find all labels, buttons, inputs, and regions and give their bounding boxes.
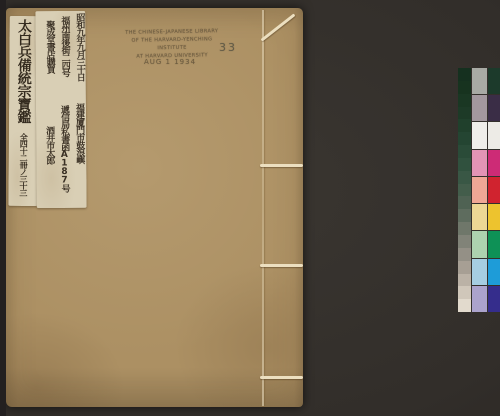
accession-number-stamp: 33 [219,41,237,54]
binding-thread-upper [260,164,303,167]
gradient-step [458,68,471,81]
gradient-step [458,171,471,184]
gradient-step [458,235,471,248]
gradient-step [458,158,471,171]
book-title-calligraphy: 太白兵備統宗寶鑑 [16,19,31,123]
gradient-step [458,299,471,312]
annotation-slip: 昭和九年九月三十日 福州南後街二四号 聚成堂書店購買 福建廈門市鼓浪嶼 遞信局私… [35,11,86,208]
book-photograph: 太白兵備統宗寶鑑 全四十二冊ノ三十三 昭和九年九月三十日 福州南後街二四号 聚成… [0,0,500,416]
book-front-cover: 太白兵備統宗寶鑑 全四十二冊ノ三十三 昭和九年九月三十日 福州南後街二四号 聚成… [6,8,303,407]
annotation-date-column: 昭和九年九月三十日 [74,13,83,81]
color-patch-light [472,204,487,230]
gradient-step [458,261,471,274]
annotation-address-column: 福州南後街二四号 [59,16,68,76]
color-patch-dark [488,68,500,94]
dark-patch-column [488,68,500,312]
color-patch-dark [488,95,500,121]
binding-thread-top-corner [261,13,296,41]
gradient-step [458,145,471,158]
color-patch-dark [488,259,500,285]
color-patch-dark [488,150,500,176]
title-slip: 太白兵備統宗寶鑑 全四十二冊ノ三十三 [8,16,38,206]
gradient-step [458,209,471,222]
color-calibration-bar [458,68,500,312]
gradient-step [458,184,471,197]
binding-thread-middle [260,264,303,267]
grayscale-gradient-strip [458,68,471,312]
color-patch-dark [488,231,500,257]
accession-date-stamp: AUG 1 1934 [134,58,206,66]
gradient-step [458,222,471,235]
binding-thread-lower [260,376,303,379]
color-patch-light [472,95,487,121]
binding-crease-line [262,10,264,406]
gradient-step [458,248,471,261]
volume-note-calligraphy: 全四十二冊ノ三十三 [19,133,27,196]
color-patch-dark [488,286,500,312]
color-patch-light [472,177,487,203]
color-patch-dark [488,204,500,230]
gradient-step [458,286,471,299]
color-patch-light [472,259,487,285]
annotation-name-column: 酒井市太郎 [44,126,53,164]
color-patch-light [472,122,487,148]
library-ownership-stamp: THE CHINESE-JAPANESE LIBRARY OF THE HARV… [118,27,227,61]
library-stamp-line2: OF THE HARVARD-YENCHING INSTITUTE [118,35,226,53]
light-patch-column [472,68,487,312]
gradient-step [458,94,471,107]
gradient-step [458,81,471,94]
color-patch-light [472,68,487,94]
gradient-step [458,132,471,145]
gradient-step [458,274,471,287]
color-patch-light [472,286,487,312]
color-patch-dark [488,122,500,148]
color-patch-light [472,231,487,257]
annotation-bookstore-column: 聚成堂書店購買 [44,20,53,73]
annotation-address2-column: 福建廈門市鼓浪嶼 [74,103,83,163]
gradient-step [458,107,471,120]
color-patch-dark [488,177,500,203]
annotation-pobox-column: 遞信局私書函A187号 [59,105,69,192]
color-patch-light [472,150,487,176]
gradient-step [458,196,471,209]
gradient-step [458,119,471,132]
